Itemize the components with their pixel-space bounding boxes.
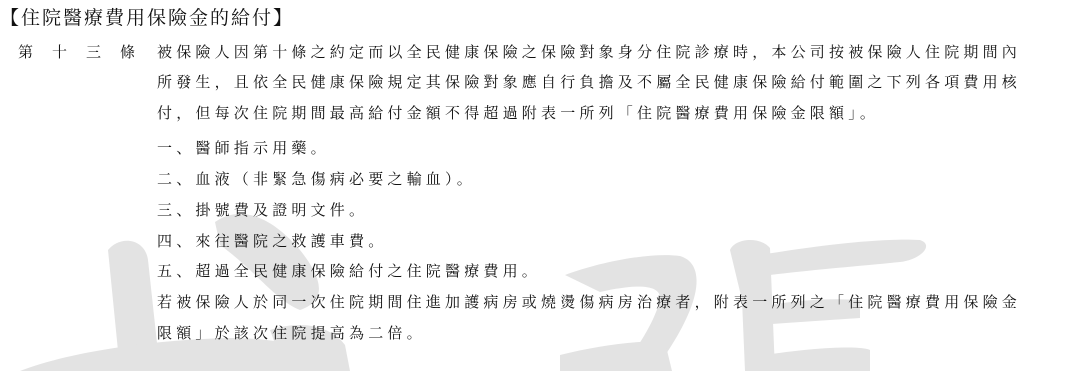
list-item-2: 二、血液（非緊急傷病必要之輸血）。 bbox=[157, 168, 476, 190]
clause-intro-line-1: 被保險人因第十條之約定而以全民健康保險之保險對象身分住院診療時，本公司按被保險人… bbox=[157, 41, 1021, 63]
list-item-4: 四、來往醫院之救護車費。 bbox=[157, 230, 387, 252]
section-title: 【住院醫療費用保險金的給付】 bbox=[0, 4, 294, 32]
article-label-char: 三 bbox=[86, 41, 120, 63]
icu-burn-ward-note-line-1: 若被保險人於同一次住院期間住進加護病房或燒燙傷病房治療者，附表一所列之「住院醫療… bbox=[157, 291, 1021, 313]
list-item-3: 三、掛號費及證明文件。 bbox=[157, 199, 368, 221]
article-label-char: 十 bbox=[52, 41, 86, 63]
list-item-1: 一、醫師指示用藥。 bbox=[157, 137, 330, 159]
article-label-char: 條 bbox=[120, 41, 154, 63]
clause-intro-line-2: 所發生，且依全民健康保險規定其保險對象應自行負擔及不屬全民健康保險給付範圍之下列… bbox=[157, 71, 1021, 93]
clause-intro-line-3: 付，但每次住院期間最高給付金額不得超過附表一所列「住院醫療費用保險金限額」。 bbox=[157, 102, 879, 124]
article-label-char: 第 bbox=[18, 41, 52, 63]
icu-burn-ward-note-line-2: 限額」於該次住院提高為二倍。 bbox=[157, 322, 426, 344]
article-number-label: 第十三條 bbox=[18, 41, 154, 63]
list-item-5: 五、超過全民健康保險給付之住院醫療費用。 bbox=[157, 260, 541, 282]
